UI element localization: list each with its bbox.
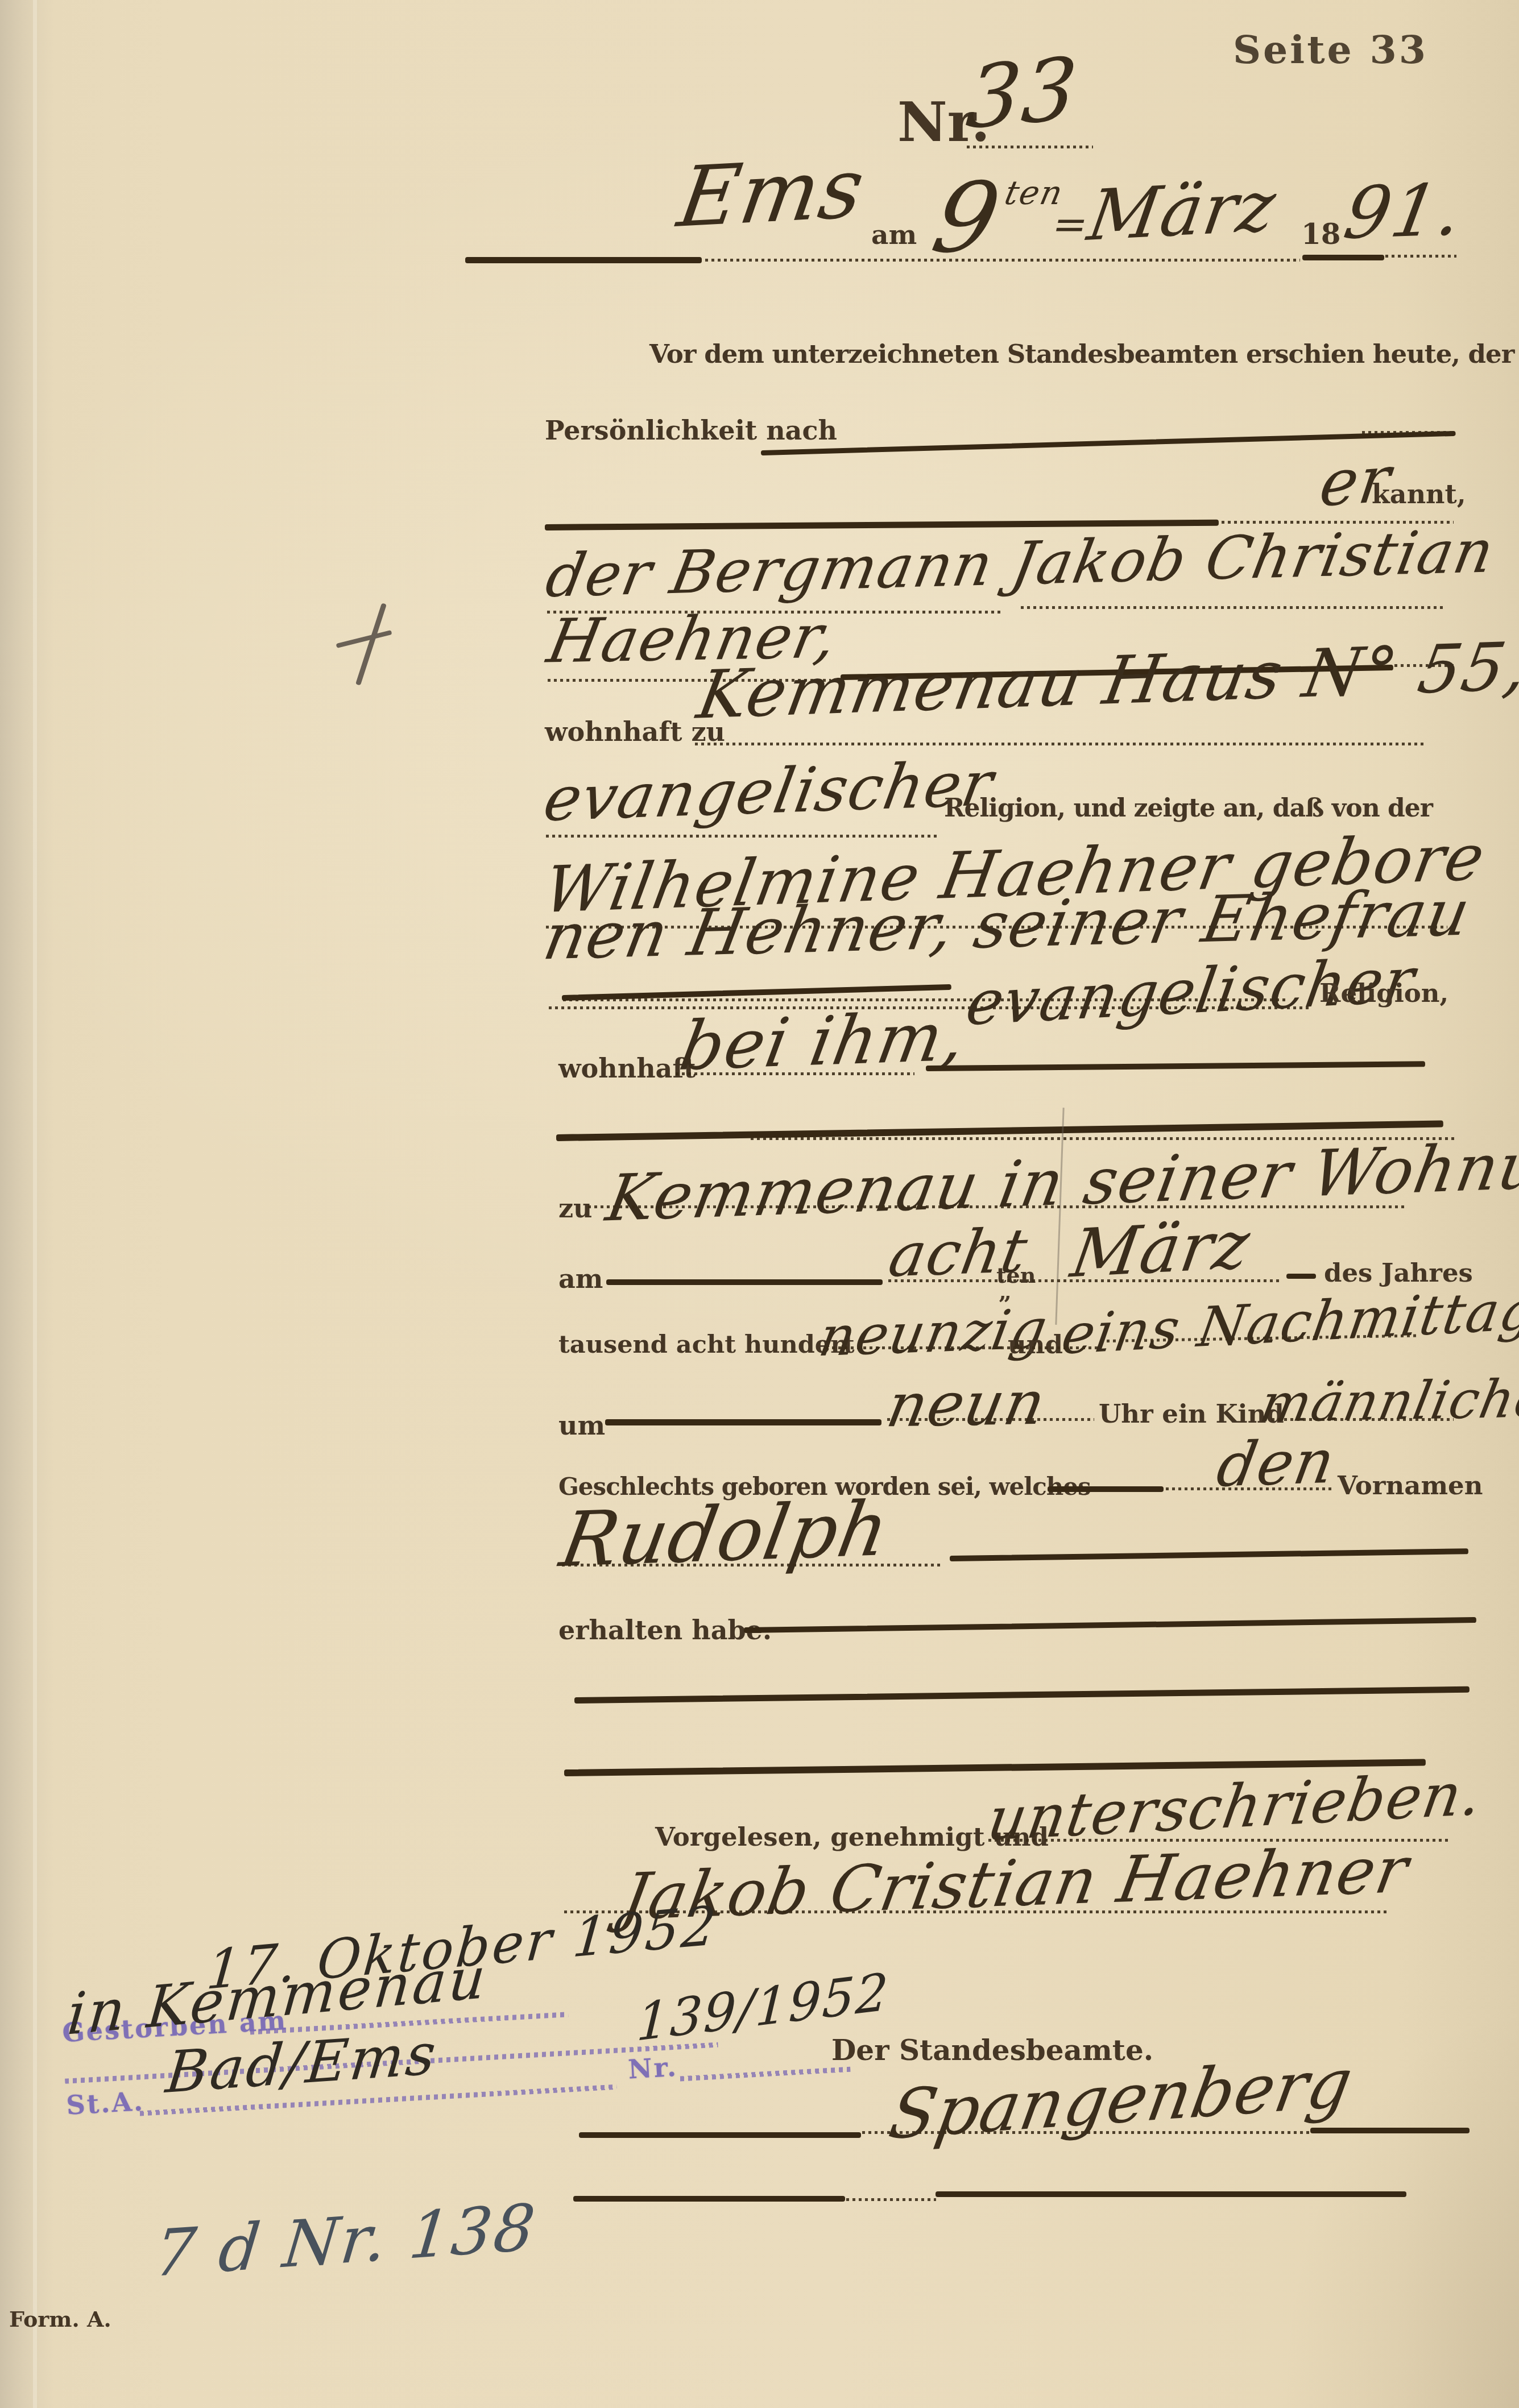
- religion2-printed: Religion,: [1319, 978, 1448, 1008]
- child-name-handwritten: Rudolph: [554, 1485, 896, 1584]
- rule-dotted: [695, 743, 1424, 745]
- sta-stamp-label: St.A.: [65, 2086, 145, 2121]
- persoenlichkeit-label: Persönlichkeit nach: [545, 415, 837, 446]
- am-label: am: [558, 1263, 603, 1294]
- dateline-year: 91.: [1338, 168, 1469, 255]
- rule-solid: [926, 1061, 1425, 1071]
- dateline-month: März: [1083, 165, 1282, 257]
- record-number-value: 33: [963, 39, 1082, 149]
- rule-solid: [465, 257, 702, 263]
- erhalten-label: erhalten habe.: [558, 1615, 772, 1646]
- rule-dotted: [826, 1346, 1101, 1349]
- rule-solid: [744, 1617, 1476, 1633]
- dateline-place: Ems: [672, 140, 871, 247]
- religion1-printed: Religion, und zeigte an, daß von der: [944, 794, 1433, 823]
- birth-month-handwritten: März: [1066, 1206, 1256, 1293]
- rule-solid: [573, 2196, 845, 2202]
- rule-solid: [1302, 255, 1384, 260]
- erkannt-printed: kannt,: [1372, 479, 1466, 509]
- rule-solid: [936, 2191, 1406, 2197]
- rule-solid: [1310, 2128, 1470, 2133]
- rule-dotted: [1021, 606, 1443, 609]
- rule-dotted: [846, 2198, 936, 2201]
- dateline-am-label: am: [871, 219, 917, 251]
- und-label: und: [1008, 1329, 1063, 1360]
- dateline-century: 18: [1301, 217, 1341, 251]
- uhr-kind-label: Uhr ein Kind: [1099, 1399, 1284, 1429]
- hour-handwritten: neun: [881, 1367, 1052, 1440]
- rule-dotted: [588, 1205, 1406, 1208]
- rule-dotted: [1166, 1487, 1332, 1490]
- rule-dotted: [676, 1072, 914, 1075]
- vornamen-label: Vornamen: [1338, 1470, 1483, 1501]
- rule-dotted: [705, 259, 1300, 262]
- page-number: Seite 33: [1233, 27, 1428, 73]
- nr-stamp-label: Nr.: [627, 2051, 678, 2085]
- rule-dotted: [1385, 255, 1456, 258]
- rule-solid: [574, 1686, 1470, 1704]
- rule-solid: [605, 1419, 881, 1425]
- rule-dotted: [562, 1564, 943, 1566]
- stamp-rule-dotted: [680, 2067, 850, 2082]
- rule-dotted: [862, 2131, 1309, 2134]
- religion1-handwritten: evangelischer: [539, 748, 999, 835]
- registry-page: Seite 33 Nr. 33 Ems am 9 ten = März 18 9…: [0, 0, 1519, 2408]
- rule-solid: [606, 1279, 883, 1285]
- rule-solid: [950, 1548, 1468, 1561]
- zu-label: zu: [558, 1193, 593, 1224]
- page-edge-highlight: [33, 0, 37, 2408]
- archive-reference-handwritten: 7 d Nr. 138: [151, 2190, 540, 2291]
- rule-dotted: [1272, 1418, 1454, 1421]
- declarant-line1: der Bergmann Jakob Christian: [541, 516, 1500, 611]
- dateline-day: 9: [924, 162, 1010, 275]
- rule-dotted: [1362, 431, 1456, 434]
- tausend-label: tausend acht hundert: [558, 1331, 855, 1359]
- rule-dotted: [546, 835, 938, 838]
- rule-dotted: [967, 146, 1093, 148]
- margin-pencil-mark: [336, 630, 392, 648]
- rule-dotted: [887, 1418, 1094, 1421]
- gender-handwritten: männlichen: [1256, 1367, 1519, 1434]
- form-label: Form. A.: [9, 2306, 111, 2332]
- rule-solid: [1286, 1274, 1316, 1279]
- rule-solid: [1048, 1486, 1164, 1492]
- birthplace-handwritten: Kemmenau in seiner Wohnung: [601, 1126, 1519, 1236]
- rule-solid: [579, 2132, 861, 2138]
- margin-pencil-mark: [355, 603, 387, 685]
- intro-line: Vor dem unterzeichneten Standesbeamten e…: [649, 339, 1514, 369]
- um-label: um: [558, 1410, 605, 1441]
